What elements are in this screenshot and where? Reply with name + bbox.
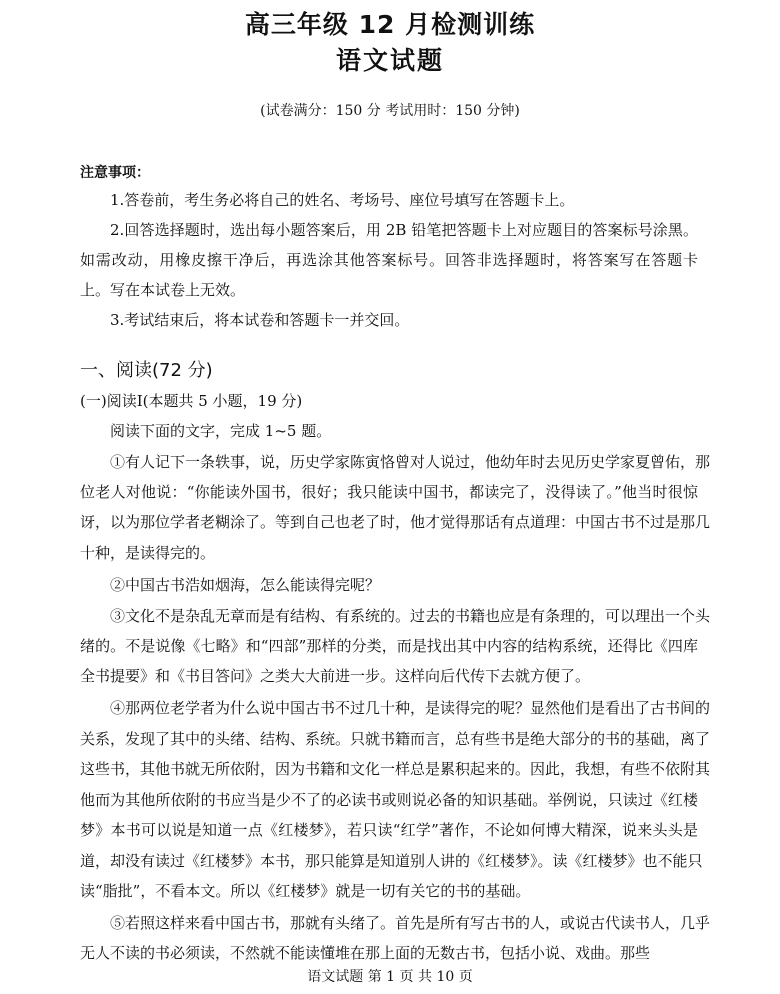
subsection-heading: (一)阅读Ⅰ(本题共 5 小题，19 分) [80,390,302,412]
passage-line: ①有人记下一条轶事，说，历史学家陈寅恪曾对人说过，他幼年时去见历史学家夏曾佑，那 [110,451,698,473]
exam-page: 高三年级 12 月检测训练 语文试题 (试卷满分：150 分 考试用时：150 … [0,0,780,994]
exam-info: (试卷满分：150 分 考试用时：150 分钟) [0,100,780,122]
passage-line: 关系，发现了其中的头绪、结构、系统。只就书籍而言，总有些书是绝大部分的书的基础，… [80,728,698,750]
exam-subject: 语文试题 [0,44,780,78]
notice-item-2-end: 上。写在本试卷上无效。 [80,279,698,301]
passage-line: 全书提要》和《书目答问》之类大大前进一步。这样向后代传下去就方便了。 [80,665,698,687]
passage-line: 道，却没有读过《红楼梦》本书，那只能算是知道别人讲的《红楼梦》。读《红楼梦》也不… [80,850,698,872]
notice-item-1: 1.答卷前，考生务必将自己的姓名、考场号、座位号填写在答题卡上。 [110,189,698,211]
passage-line: 十种，是读得完的。 [80,542,698,564]
passage-line: 这些书，其他书就无所依附，因为书籍和文化一样总是累积起来的。因此，我想，有些不依… [80,758,698,780]
passage-line: 读“脂批”，不看本文。所以《红楼梦》就是一切有关它的书的基础。 [80,880,698,902]
reading-instruction: 阅读下面的文字，完成 1~5 题。 [110,420,698,442]
notice-item-2: 2.回答选择题时，选出每小题答案后，用 2B 铅笔把答题卡上对应题目的答案标号涂… [110,219,698,241]
passage-line: ④那两位老学者为什么说中国古书不过几十种，是读得完的呢？显然他们是看出了古书间的 [110,697,698,719]
section-heading: 一、阅读(72 分) [80,358,213,384]
passage-line: 梦》本书可以说是知道一点《红楼梦》，若只读“红学”著作，不论如何博大精深，说来头… [80,819,698,841]
passage-line: 他而为其他所依附的书应当是少不了的必读书或则说必备的知识基础。举例说，只读过《红… [80,789,698,811]
notice-item-2-cont: 如需改动，用橡皮擦干净后，再选涂其他答案标号。回答非选择题时，将答案写在答题卡 [80,249,698,271]
passage-line: ⑤若照这样来看中国古书，那就有头绪了。首先是所有写古书的人，或说古代读书人，几乎 [110,912,698,934]
passage-line: 无人不读的书必须读，不然就不能读懂堆在那上面的无数古书，包括小说、戏曲。那些 [80,942,698,964]
passage-line: 讶，以为那位学者老糊涂了。等到自己也老了时，他才觉得那话有点道理：中国古书不过是… [80,511,698,533]
notice-heading: 注意事项： [80,162,150,184]
passage-line: 绪的。不是说像《七略》和“四部”那样的分类，而是找出其中内容的结构系统，还得比《… [80,635,698,657]
page-footer: 语文试题 第 1 页 共 10 页 [0,966,780,988]
passage-line: 位老人对他说：“你能读外国书，很好；我只能读中国书，都读完了，没得读了。”他当时… [80,481,698,503]
passage-line: ③文化不是杂乱无章而是有结构、有系统的。过去的书籍也应是有条理的，可以理出一个头 [110,605,698,627]
notice-item-3: 3.考试结束后，将本试卷和答题卡一并交回。 [110,309,698,331]
exam-title: 高三年级 12 月检测训练 [0,8,780,42]
passage-line: ②中国古书浩如烟海，怎么能读得完呢？ [110,574,698,596]
